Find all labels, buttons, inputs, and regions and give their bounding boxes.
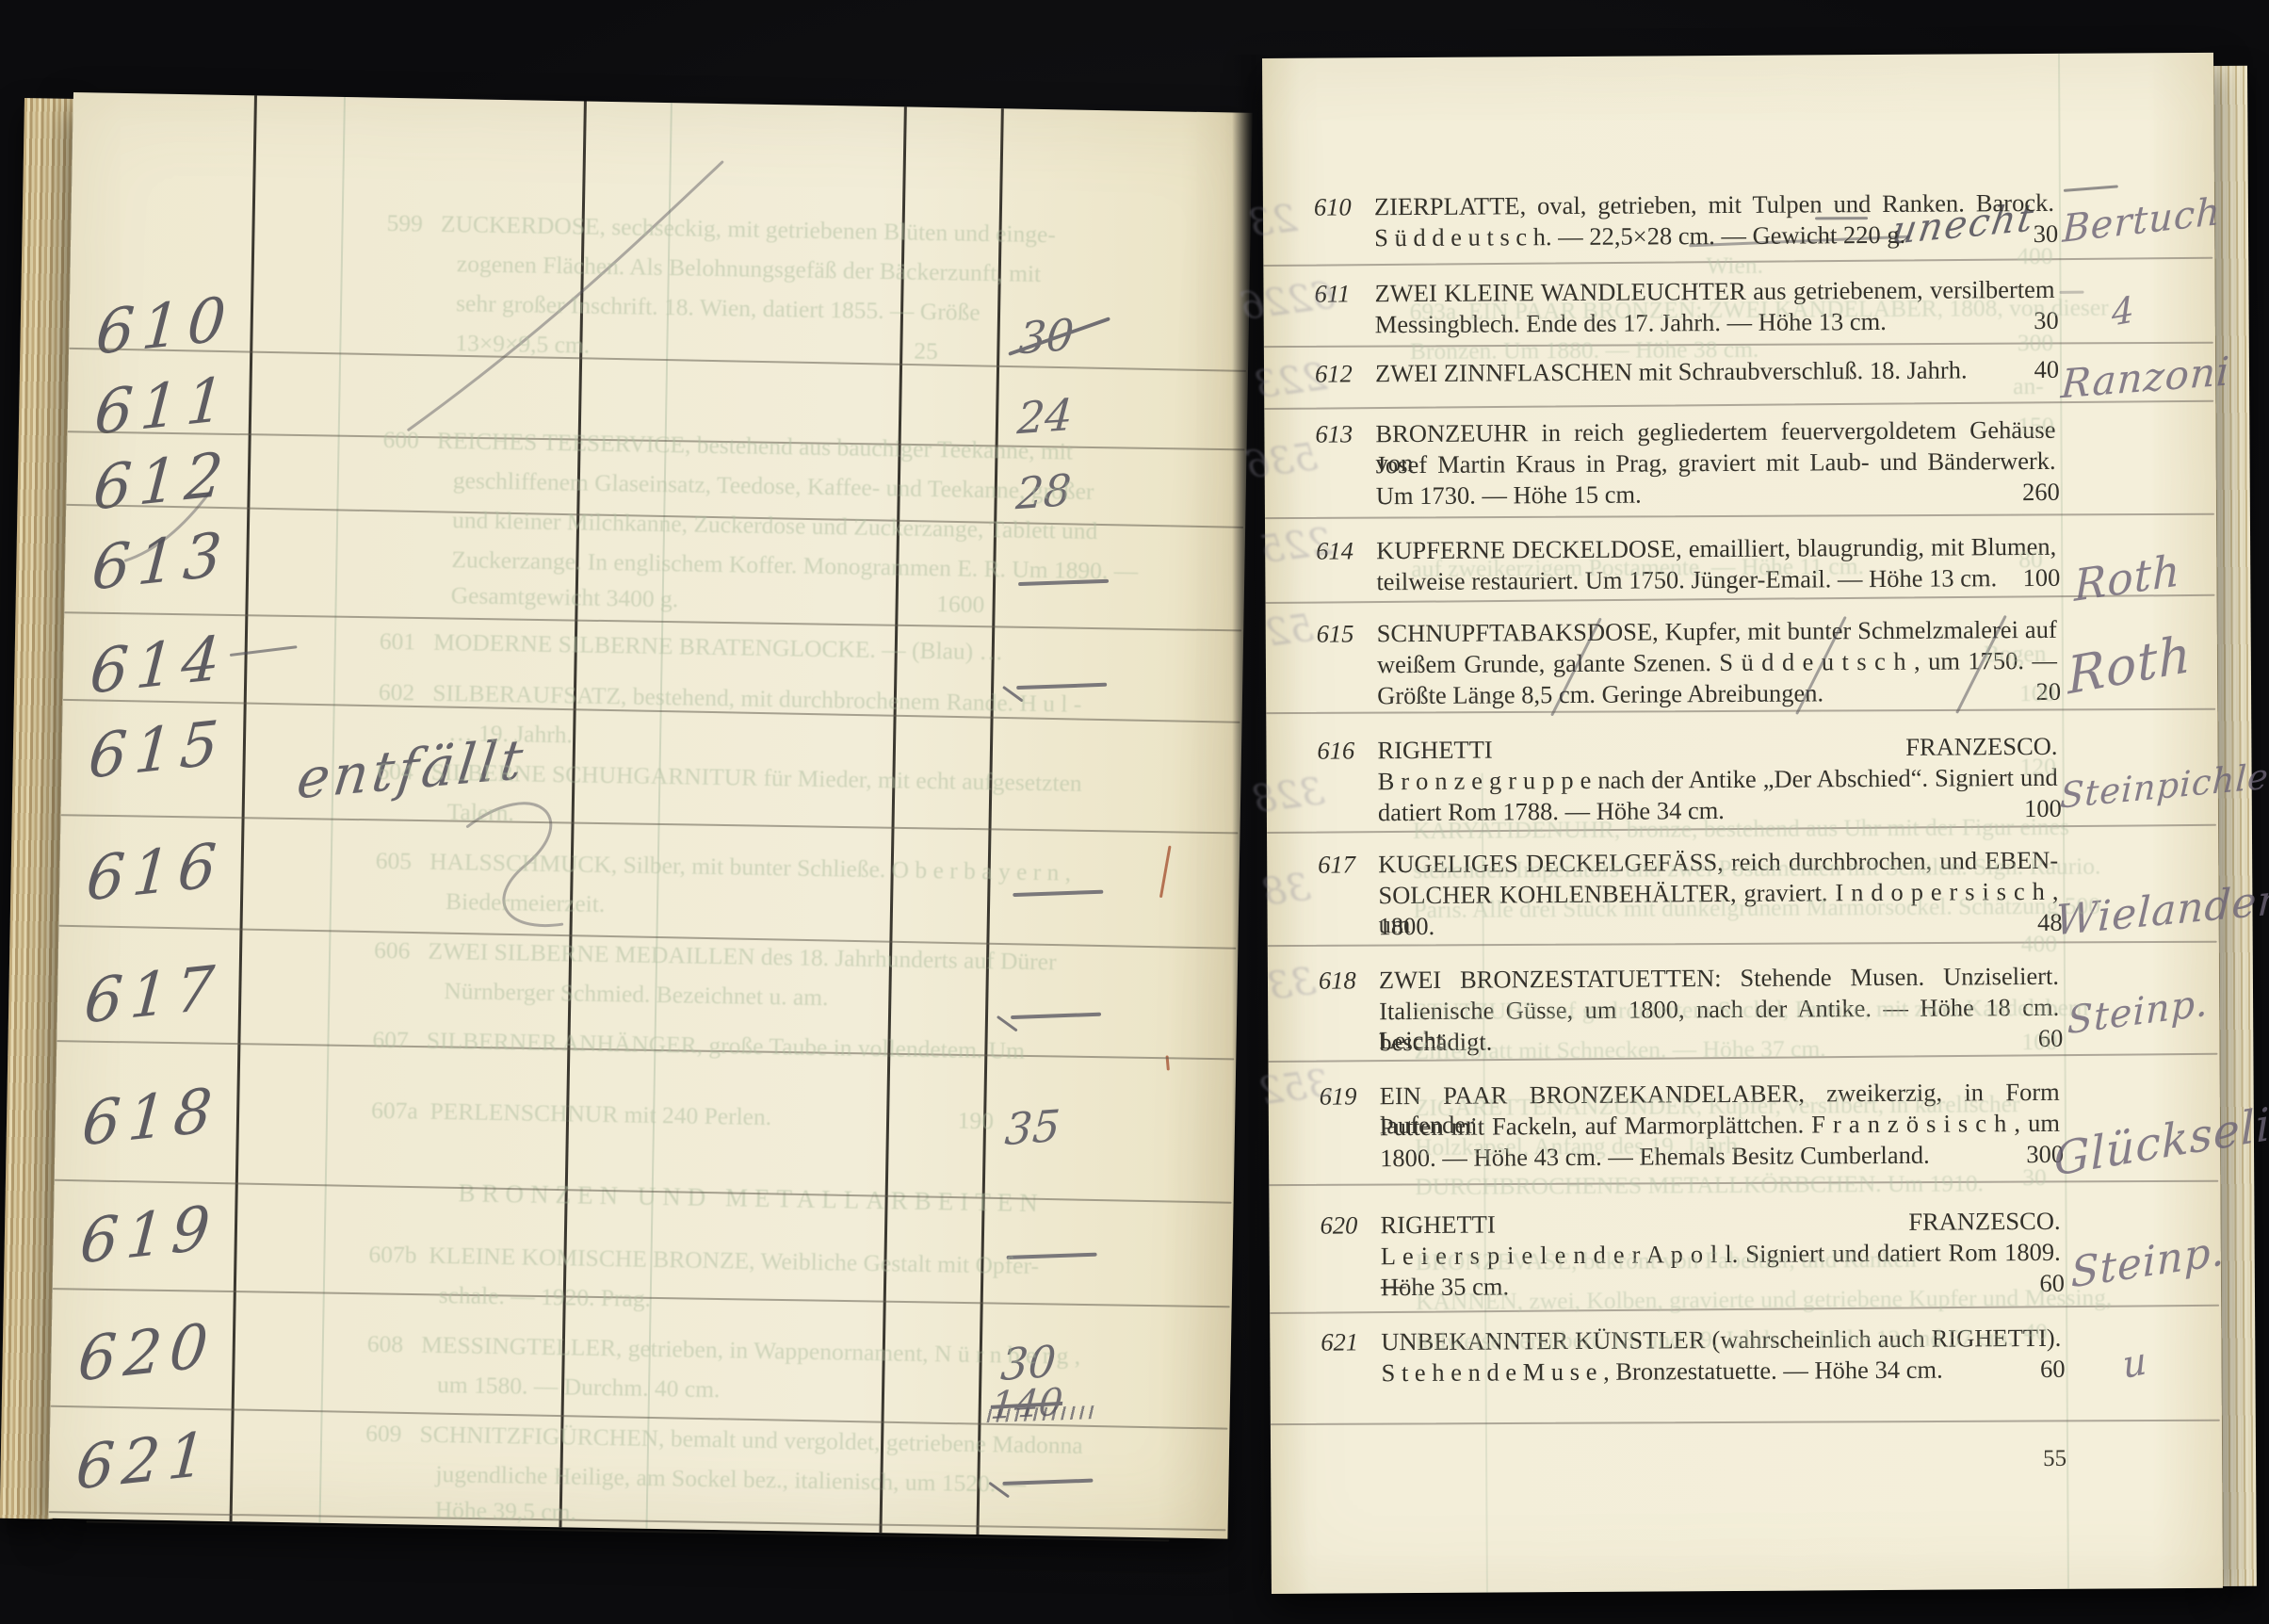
page-number: 55 — [1271, 1446, 2066, 1477]
margin-name-handwritten: Roth — [2074, 544, 2181, 611]
ghost-pencil-offset: 225 — [1258, 520, 1336, 572]
handwritten-value: 24 — [1015, 389, 1074, 444]
ghost-print-fragment: 150 — [2018, 412, 2053, 440]
catalog-entry: 618ZWEI BRONZESTATUETTEN: Stehende Musen… — [1379, 962, 2059, 966]
ghost-print-fragment: 40 — [2023, 1318, 2048, 1346]
ghost-print-fragment: 400 — [2017, 242, 2052, 270]
entry-separator-line — [1271, 1420, 2220, 1425]
ghost-pencil-offset: 33 — [1265, 960, 1318, 1009]
lot-number-handwritten: 618 — [80, 1075, 222, 1160]
ghost-pencil-offset: 23 — [1246, 197, 1299, 246]
catalog-entry: 619EIN PAAR BRONZEKANDELABER, zweikerzig… — [1380, 1078, 2060, 1081]
ghost-print-fragment: an- — [2013, 372, 2044, 400]
ghost-print-fragment: Bronzen. Um 1880. — Höhe 38 cm. — [1410, 335, 1759, 365]
ghost-print-fragment: BRONZEVASE, bekrönt von Fabeltier, und R… — [1416, 1245, 1917, 1276]
ghost-pencil-offset: 536 — [1243, 435, 1321, 487]
ghost-pencil-offset: 52 — [1263, 607, 1316, 656]
entry-text-line: Josef Martin Kraus in Prag, graviert mit… — [1376, 447, 2056, 481]
entry-text-line: Um 1730. — Höhe 15 cm. — [1376, 478, 2056, 512]
ghost-print-fragment: stehenden Imperators und zwei Postamente… — [1413, 853, 2100, 885]
entry-text-line: B r o n z e g r u p p e nach der Antike … — [1378, 763, 2058, 798]
margin-name-handwritten: Ranzoni — [2060, 348, 2231, 407]
handwritten-value: 30 — [1017, 309, 1076, 364]
ghost-print-fragment: STUTZUHR auf godroniertem Sockel, Bronze… — [1414, 994, 2088, 1026]
lot-number-handwritten: 620 — [75, 1310, 218, 1395]
ghost-print-fragment: 100 — [2019, 679, 2055, 707]
entry-text-line: S ü d d e u t s c h. — 22,5×28 cm. — Gew… — [1374, 219, 2054, 254]
lot-number: 610 — [1314, 192, 1367, 221]
entry-text-line: SCHNUPFTABAKSDOSE, Kupfer, mit bunter Sc… — [1377, 615, 2057, 650]
ghost-print-fragment: 100 — [2021, 1028, 2057, 1056]
right-page: unecht 55 610ZIERPLATTE, oval, getrieben… — [1262, 53, 2223, 1594]
ghost-print-fragment: 80 — [2018, 545, 2043, 574]
lot-number-handwritten: 613 — [89, 520, 232, 605]
catalog-entry: 613BRONZEUHR in reich gegliedertem feuer… — [1375, 415, 2055, 419]
entry-text-line: weißem Grunde, galante Szenen. S ü d d e… — [1377, 646, 2057, 681]
catalog-entry: 614KUPFERNE DECKELDOSE, emailliert, blau… — [1376, 532, 2056, 536]
catalog-entry: 616RIGHETTI FRANZESCO.B r o n z e g r u … — [1377, 732, 2057, 736]
ghost-print-fragment: DURCHBROCHENES METALLKÖRBCHEN. Um 1910. — [1415, 1169, 1984, 1201]
ghost-print-fragment: ZIGARETTENANZÜNDER, Kupfer, versilbert, … — [1415, 1090, 2020, 1122]
entry-separator-line — [1265, 513, 2214, 519]
ghost-print-line: um 1580. — Durchm. 40 cm. — [437, 1371, 721, 1404]
lot-number: 621 — [1321, 1327, 1373, 1356]
lot-number-handwritten: 610 — [93, 284, 235, 369]
price-value: 260 — [2022, 478, 2060, 507]
catalog-entry: 617KUGELIGES DECKELGEFÄSS, reich durchbr… — [1378, 846, 2058, 850]
lot-number-handwritten: 619 — [78, 1193, 220, 1277]
entry-text-line: RIGHETTI FRANZESCO. — [1380, 1207, 2060, 1242]
ghost-print-fragment: Paris. Alle drei Stück mit dunkelgrünem … — [1413, 892, 2100, 924]
pencil-dash — [2064, 185, 2118, 191]
margin-name-handwritten: u — [2121, 1339, 2149, 1388]
lot-number-handwritten: 611 — [92, 365, 235, 449]
ghost-print-fragment: 300 — [2018, 329, 2053, 357]
catalog-entry: 620RIGHETTI FRANZESCO.L e i e r s p i e … — [1380, 1207, 2060, 1210]
ghost-print-line: schale. — 1920. Prag. — [439, 1281, 652, 1313]
lot-number: 613 — [1315, 419, 1368, 448]
ghost-pencil-offset: 328 — [1250, 770, 1327, 821]
lot-number-handwritten: 617 — [82, 953, 224, 1038]
entry-text-line: RIGHETTI FRANZESCO. — [1377, 732, 2057, 767]
lot-number: 617 — [1318, 850, 1370, 879]
margin-name-handwritten: 4 — [2111, 288, 2136, 334]
ghost-print-line: Höhe 39,5 cm. — [435, 1496, 577, 1527]
catalog-entry: 615SCHNUPFTABAKSDOSE, Kupfer, mit bunter… — [1377, 615, 2057, 619]
entry-text-line: ZWEI BRONZESTATUETTEN: Stehende Musen. U… — [1379, 962, 2059, 997]
lot-number-handwritten: 621 — [73, 1419, 216, 1503]
book-spread-photo: BRONZEN UND METALLARBEITEN 6103061124612… — [0, 0, 2269, 1624]
margin-name-handwritten: Bertuch — [2062, 190, 2221, 252]
ghost-pencil-offset: 223 — [1252, 355, 1329, 407]
ghost-print-fragment: Wien. — [1706, 252, 1763, 280]
ghost-print-fragment: Bogen — [1984, 640, 2047, 668]
entry-text-line: ZIERPLATTE, oval, getrieben, mit Tulpen … — [1374, 188, 2054, 223]
lot-number-handwritten: 614 — [88, 624, 230, 708]
ghost-pencil-offset: 38 — [1260, 866, 1313, 915]
entry-text-line: Größte Länge 8,5 cm. Geringe Abreibungen… — [1377, 677, 2057, 712]
ghost-print-fragment: 30 — [2022, 1163, 2047, 1192]
entry-text-line: BRONZEUHR in reich gegliedertem feuerver… — [1375, 415, 2055, 450]
lot-number-handwritten: 612 — [91, 440, 234, 525]
margin-name-handwritten: Roth — [2066, 624, 2193, 706]
entry-text-line: S t e h e n d e M u s e , Bronzestatuett… — [1381, 1355, 2061, 1389]
ghost-pencil-offset: 352 — [1256, 1062, 1334, 1113]
lot-number: 615 — [1317, 619, 1370, 648]
ghost-print-fragment: teilweise versilbert. 18. und 19. Jahrh.… — [1416, 1324, 2014, 1356]
right-page-surface: unecht 55 610ZIERPLATTE, oval, getrieben… — [1262, 53, 2223, 1594]
ghost-print-fragment: Holzkapsel, Anfang des 19. Jahrh. — [1415, 1131, 1743, 1161]
ghost-print-line: … 19. Jahrh. — [448, 719, 573, 749]
catalog-entry: 610ZIERPLATTE, oval, getrieben, mit Tulp… — [1374, 188, 2054, 192]
lot-number-handwritten: 615 — [87, 708, 229, 793]
ghost-print-fragment: auf zweikerzigem Postamente. — Höhe 11 c… — [1411, 552, 1864, 583]
left-page-surface: BRONZEN UND METALLARBEITEN 6103061124612… — [49, 92, 1253, 1539]
lot-number: 620 — [1320, 1210, 1372, 1240]
ghost-print-fragment: 693a EIN PAAR BRONZEN: ZWEI KANDELABER, … — [1410, 294, 2109, 327]
price-value: 60 — [2040, 1355, 2066, 1384]
handwritten-value: 35 — [1003, 1100, 1062, 1155]
ghost-print-fragment: 120 — [2020, 753, 2056, 781]
ghost-print-fragment: 400 — [2021, 930, 2057, 958]
lot-number-handwritten: 616 — [84, 831, 226, 916]
ghost-print-fragment: Zifferblatt mit Schnecken. — Höhe 37 cm. — [1414, 1034, 1825, 1065]
lot-number: 616 — [1317, 736, 1370, 765]
ghost-print-fragment: KARYATIDENUHR, bronze, bestehend aus Uhr… — [1413, 813, 2069, 845]
left-page: BRONZEN UND METALLARBEITEN 6103061124612… — [49, 92, 1253, 1539]
ghost-print-line: Biedermeierzeit. — [446, 887, 606, 918]
ghost-print-fragment: KANNEN, zwei, Kolben, gravierte und getr… — [1416, 1284, 2112, 1317]
lot-number: 618 — [1319, 966, 1371, 995]
ghost-print-line: Talern. — [446, 798, 514, 827]
